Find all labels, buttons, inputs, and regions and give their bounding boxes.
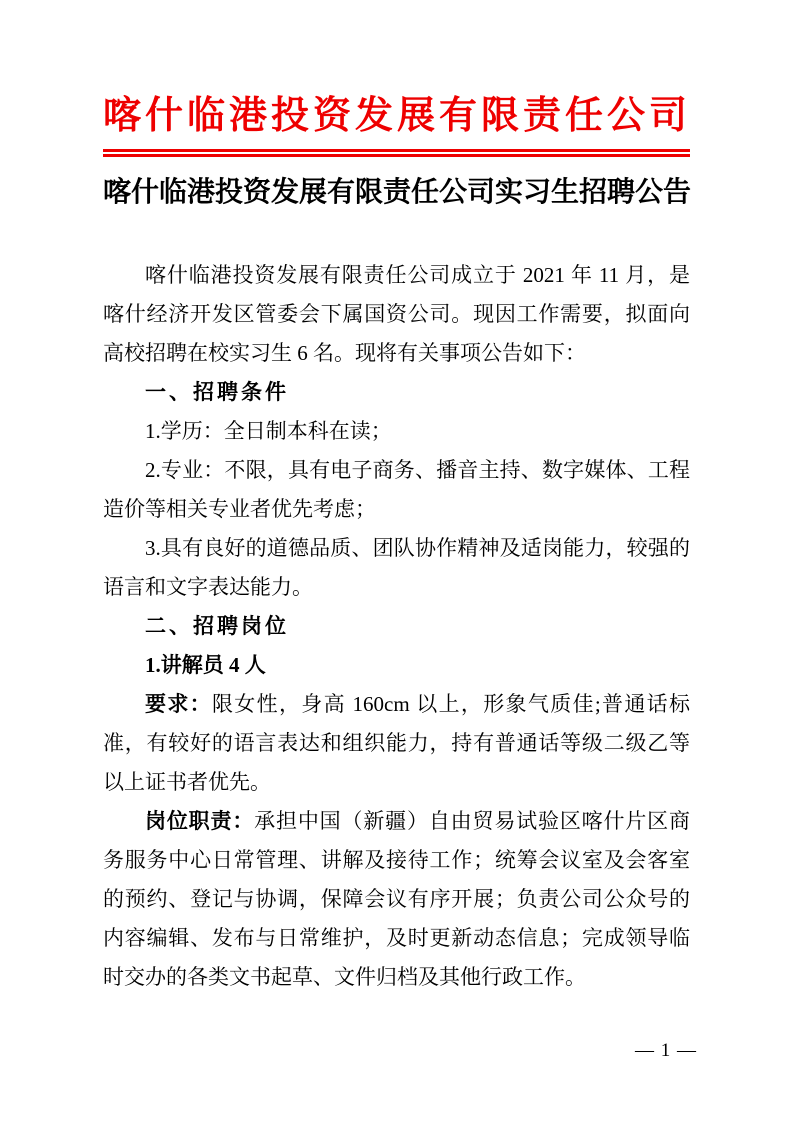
letterhead-company-title: 喀什临港投资发展有限责任公司 — [103, 92, 690, 157]
duties-paragraph: 岗位职责：承担中国（新疆）自由贸易试验区喀什片区商务服务中心日常管理、讲解及接待… — [103, 802, 690, 997]
document-body: 喀什临港投资发展有限责任公司成立于 2021 年 11 月，是喀什经济开发区管委… — [103, 256, 690, 997]
requirements-label: 要求： — [145, 693, 212, 716]
position-1-heading: 1.讲解员 4 人 — [103, 646, 690, 685]
condition-item-2: 2.专业：不限，具有电子商务、播音主持、数字媒体、工程造价等相关专业者优先考虑； — [103, 451, 690, 529]
document-header: 喀什临港投资发展有限责任公司 喀什临港投资发展有限责任公司实习生招聘公告 — [103, 92, 690, 213]
document-title: 喀什临港投资发展有限责任公司实习生招聘公告 — [103, 173, 690, 213]
section-2-heading: 二、招聘岗位 — [103, 607, 690, 646]
condition-item-1: 1.学历：全日制本科在读； — [103, 412, 690, 451]
duties-text: 承担中国（新疆）自由贸易试验区喀什片区商务服务中心日常管理、讲解及接待工作；统筹… — [103, 809, 690, 989]
document-page: 喀什临港投资发展有限责任公司 喀什临港投资发展有限责任公司实习生招聘公告 喀什临… — [0, 0, 793, 1122]
condition-item-3: 3.具有良好的道德品质、团队协作精神及适岗能力，较强的语言和文字表达能力。 — [103, 529, 690, 607]
section-1-heading: 一、招聘条件 — [103, 373, 690, 412]
page-number: — 1 — — [635, 1040, 697, 1062]
requirements-paragraph: 要求：限女性，身高 160cm 以上，形象气质佳;普通话标准，有较好的语言表达和… — [103, 685, 690, 802]
duties-label: 岗位职责： — [145, 810, 254, 833]
intro-paragraph: 喀什临港投资发展有限责任公司成立于 2021 年 11 月，是喀什经济开发区管委… — [103, 256, 690, 373]
